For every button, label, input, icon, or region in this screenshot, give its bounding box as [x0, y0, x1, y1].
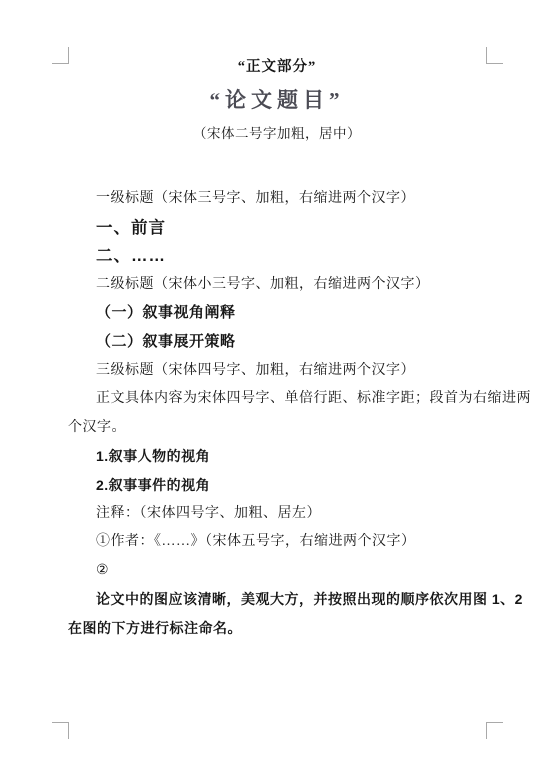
body-line: 论文中的图应该清晰，美观大方，并按照出现的顺序依次用图 1、2: [68, 585, 486, 614]
body-line: 2.叙事事件的视角: [68, 471, 486, 500]
document-body: 一级标题（宋体三号字、加粗，右缩进两个汉字）一、前言二、……二级标题（宋体小三号…: [68, 185, 486, 643]
body-line: ②: [68, 557, 486, 586]
body-line: 一、前言: [68, 214, 486, 243]
body-line: 在图的下方进行标注命名。: [68, 614, 486, 643]
body-line: （一）叙事视角阐释: [68, 299, 486, 328]
page-content: “正文部分” “论文题目” （宋体二号字加粗，居中） 一级标题（宋体三号字、加粗…: [68, 56, 486, 643]
document-title: “论文题目”: [68, 85, 486, 115]
margin-crop-mark-bottom-right: [486, 722, 503, 739]
body-line: 二级标题（宋体小三号字、加粗，右缩进两个汉字）: [68, 271, 486, 300]
document-page: “正文部分” “论文题目” （宋体二号字加粗，居中） 一级标题（宋体三号字、加粗…: [0, 0, 558, 783]
body-line: 注释：（宋体四号字、加粗、居左）: [68, 500, 486, 529]
body-line: ①作者：《……》（宋体五号字，右缩进两个汉字）: [68, 528, 486, 557]
body-line: 三级标题（宋体四号字、加粗，右缩进两个汉字）: [68, 357, 486, 386]
margin-crop-mark-bottom-left: [52, 722, 69, 739]
body-line: 个汉字。: [68, 414, 486, 443]
body-line: 正文具体内容为宋体四号字、单倍行距、标准字距；段首为右缩进两: [68, 385, 486, 414]
margin-crop-mark-top-right: [486, 47, 503, 64]
title-block: “正文部分” “论文题目” （宋体二号字加粗，居中）: [68, 56, 486, 145]
margin-crop-mark-top-left: [52, 47, 69, 64]
body-line: 一级标题（宋体三号字、加粗，右缩进两个汉字）: [68, 185, 486, 214]
body-line: （二）叙事展开策略: [68, 328, 486, 357]
title-format-note: （宋体二号字加粗，居中）: [68, 123, 486, 145]
body-line: 1.叙事人物的视角: [68, 442, 486, 471]
section-label: “正文部分”: [68, 56, 486, 78]
body-line: 二、……: [68, 242, 486, 271]
